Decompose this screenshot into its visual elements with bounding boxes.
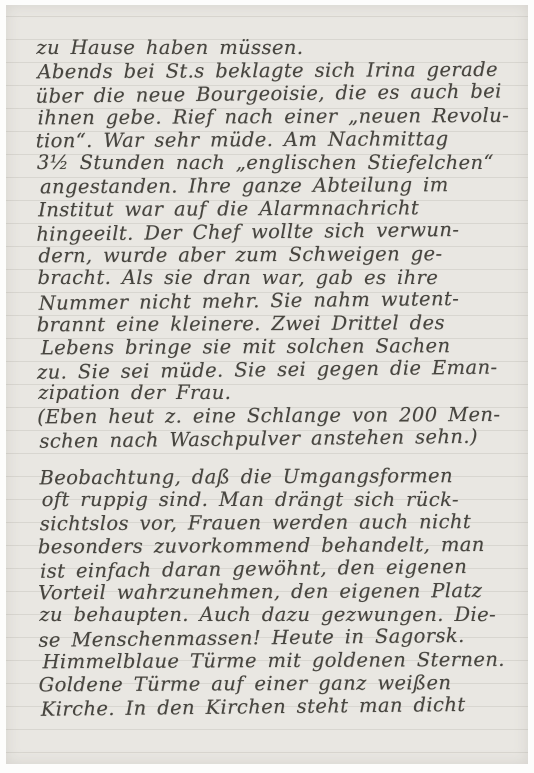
handwritten-line: angestanden. Ihre ganze Abteilung im (40, 173, 517, 198)
handwritten-line: Beobachtung, daß die Umgangsformen (39, 464, 518, 490)
handwritten-line: dern, wurde aber zum Schweigen ge- (38, 242, 517, 268)
notebook-page: zu Hause haben müssen. Abends bei St.s b… (6, 5, 528, 764)
handwritten-line: ihnen gebe. Rief nach einer „neuen Revol… (38, 104, 517, 130)
scanned-document: { "colors": { "paper": "#e9e7e2", "rule"… (0, 0, 534, 773)
handwritten-line: oft ruppig sind. Man drängt sich rück- (42, 488, 519, 511)
handwritten-line: brannt eine kleinere. Zwei Drittel des (37, 311, 518, 337)
handwritten-line: Himmelblaue Türme mit goldenen Sternen. (42, 648, 519, 673)
handwritten-line: tion“. War sehr müde. Am Nachmittag (36, 127, 517, 153)
handwritten-line: Kirche. In den Kirchen steht man dicht (41, 692, 520, 720)
handwritten-line: zu. Sie sei müde. Sie sei gegen die Eman… (37, 355, 518, 383)
handwritten-line: zu behaupten. Auch dazu gezwungen. Die- (39, 603, 519, 626)
handwriting-block: zu Hause haben müssen. Abends bei St.s b… (35, 35, 520, 720)
handwritten-line: Vorteil wahrzunehmen, den eigenen Platz (38, 579, 519, 605)
handwritten-line: zipation der Frau. (38, 381, 518, 404)
handwritten-line: sichtslos vor, Frauen werden auch nicht (40, 510, 519, 536)
handwritten-line: zu Hause haben müssen. (36, 36, 516, 59)
handwritten-line: bracht. Als sie dran war, gab es ihre (37, 266, 517, 289)
handwritten-line: 3½ Stunden nach „englischen Stiefelchen“ (37, 151, 517, 174)
